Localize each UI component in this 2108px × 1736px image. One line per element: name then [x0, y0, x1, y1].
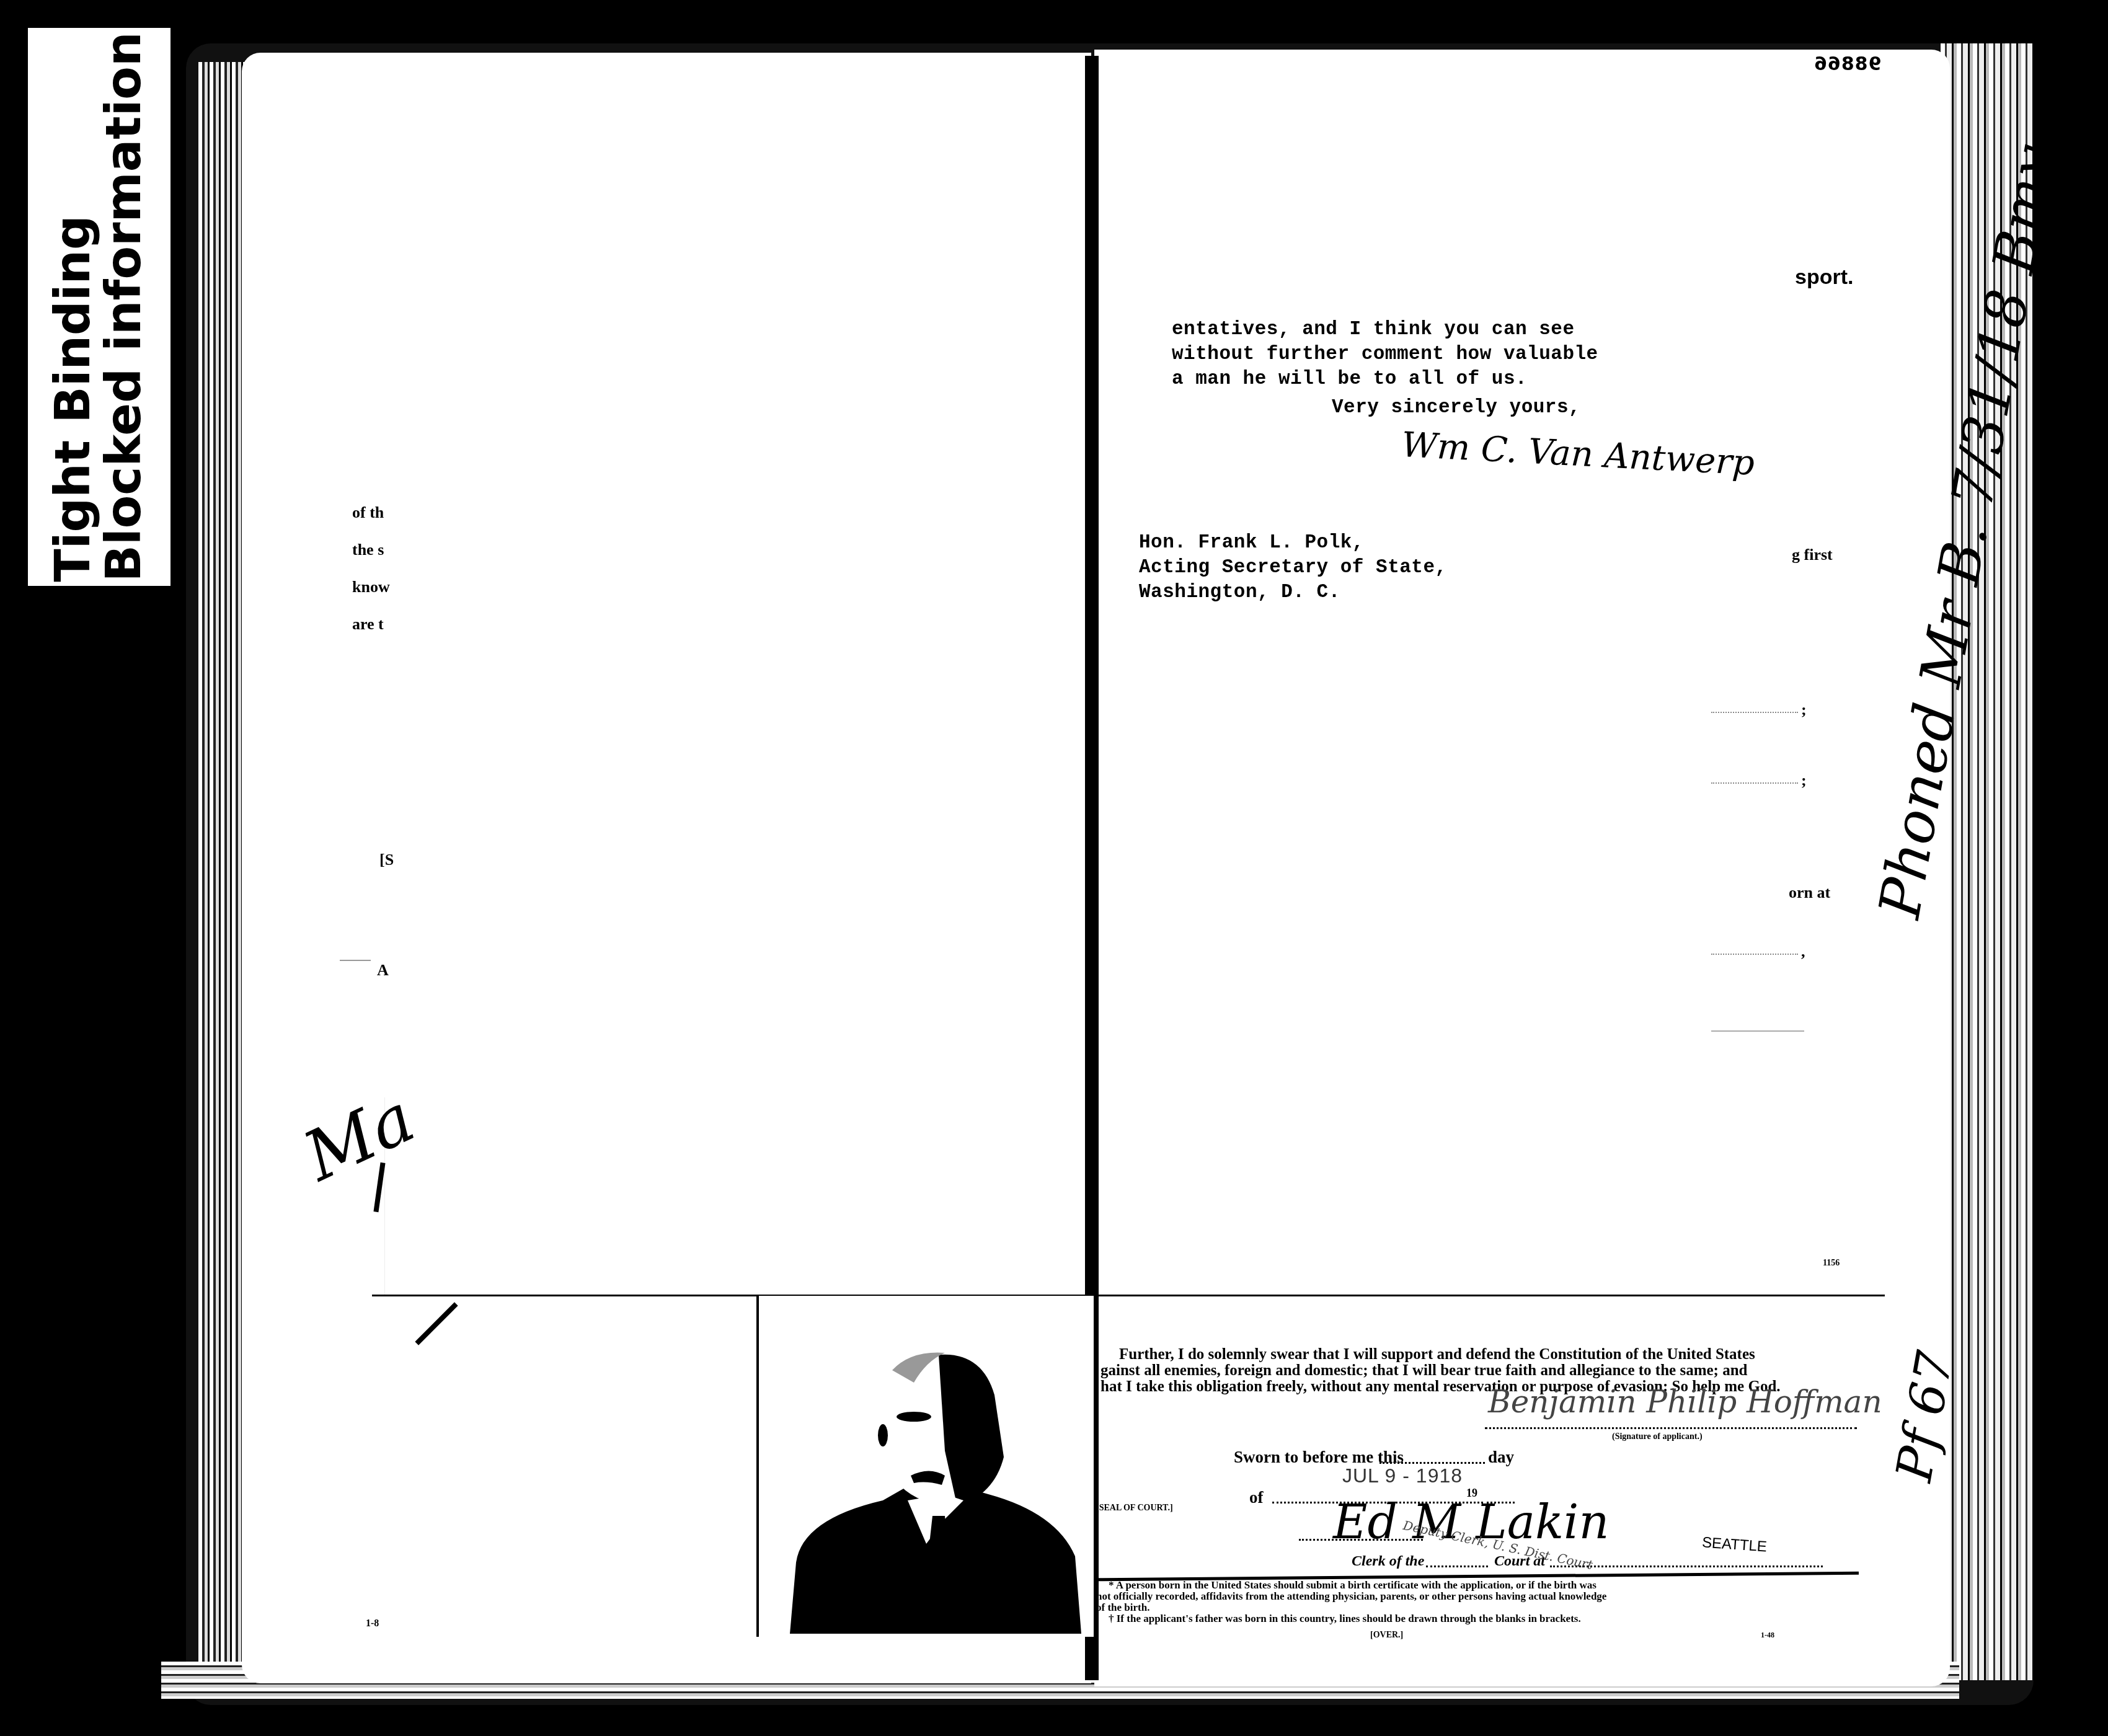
comma-1: , [1801, 942, 1805, 961]
footnote-2: † If the applicant's father was born in … [1096, 1613, 1859, 1624]
clerk-signature-line [1299, 1539, 1423, 1541]
insert-top-edge [372, 1295, 1885, 1296]
footnote-1-line-1: * A person born in the United States sho… [1096, 1580, 1859, 1591]
applicant-photo [756, 1296, 1094, 1637]
left-fragment-seal: [S [379, 851, 394, 869]
left-footer-code: 1-8 [366, 1618, 379, 1629]
sworn-day-blank [1379, 1462, 1485, 1464]
serial-number: 98866 [1813, 53, 1881, 75]
footnote-1-line-3: of the birth. [1096, 1602, 1859, 1613]
left-insert-edge [384, 1097, 1092, 1296]
clerk-blank [1426, 1565, 1488, 1567]
form-code: 1-48 [1761, 1631, 1774, 1640]
left-fragment-2: the s [352, 541, 384, 559]
portrait-photo-icon [759, 1296, 1094, 1637]
letter-closing: Very sincerely yours, [1332, 396, 1580, 420]
applicant-signature-line [1485, 1427, 1857, 1429]
recipient-line-2: Acting Secretary of State, [1139, 556, 1447, 580]
court-at-label: Court at [1494, 1553, 1545, 1570]
left-fragment-3: know [352, 578, 390, 596]
applicant-signature: Benjamin Philip Hoffman [1488, 1384, 1882, 1420]
clerk-label: Clerk of the [1352, 1553, 1424, 1570]
blank-line-3 [1711, 954, 1798, 955]
letter-recipient: Hon. Frank L. Polk, Acting Secretary of … [1139, 531, 1447, 605]
right-fragment-born-at: orn at [1789, 883, 1830, 902]
page-number: 1156 [1823, 1259, 1840, 1269]
letter-body: entatives, and I think you can see witho… [1172, 317, 1598, 392]
sticker-line-1: Tight Binding [48, 32, 99, 582]
letter-heading-fragment: sport. [1795, 265, 1853, 290]
letter-line-1: entatives, and I think you can see [1172, 317, 1598, 342]
date-stamp: JUL 9 - 1918 [1342, 1464, 1463, 1487]
blank-line-4 [1711, 1030, 1804, 1032]
right-page [1094, 50, 1950, 1686]
left-fragment-4: are t [352, 615, 384, 634]
footnotes: * A person born in the United States sho… [1096, 1580, 1859, 1624]
semicolon-2: ; [1801, 771, 1807, 790]
court-blank [1550, 1565, 1823, 1567]
letter-line-2: without further comment how valuable [1172, 342, 1598, 367]
oath-line-1: Further, I do solemnly swear that I will… [1100, 1347, 1863, 1363]
of-label: of [1249, 1488, 1264, 1507]
left-fragment-1: of th [352, 503, 384, 522]
left-fragment-a: A [377, 961, 389, 980]
signature-caption: (Signature of applicant.) [1612, 1432, 1703, 1442]
recipient-line-3: Washington, D. C. [1139, 580, 1447, 605]
blank-line-2 [1711, 782, 1798, 784]
tight-binding-sticker: Tight Binding Blocked information [28, 28, 170, 586]
left-rule [340, 960, 371, 961]
recipient-line-1: Hon. Frank L. Polk, [1139, 531, 1447, 556]
oath-line-2: gainst all enemies, foreign and domestic… [1100, 1363, 1863, 1379]
blank-line-1 [1711, 712, 1798, 713]
footnote-1-line-2: not officially recorded, affidavits from… [1096, 1591, 1859, 1602]
semicolon-1: ; [1801, 701, 1807, 719]
seal-label: [SEAL OF COURT.] [1096, 1503, 1173, 1513]
right-fragment-first: g first [1792, 546, 1833, 564]
day-label: day [1488, 1448, 1514, 1467]
letter-line-3: a man he will be to all of us. [1172, 367, 1598, 392]
over-label: [OVER.] [1370, 1631, 1403, 1641]
sticker-line-2: Blocked information [99, 32, 150, 582]
